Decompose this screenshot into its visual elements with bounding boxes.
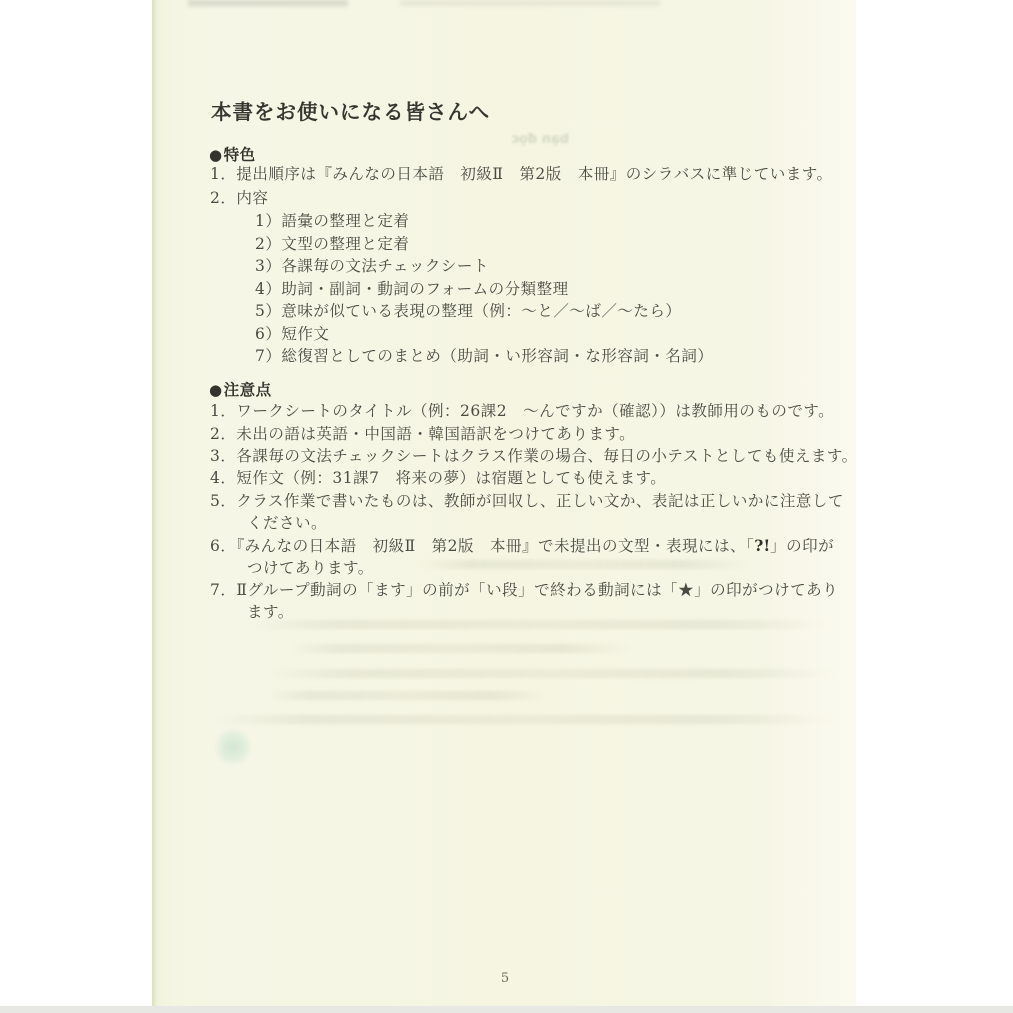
showthrough-ghost-text: bạn đọc — [437, 132, 569, 147]
features-subitem-7: 7）総復習としてのまとめ（助詞・い形容詞・な形容詞・名詞） — [255, 349, 713, 365]
showthrough-ghost-line — [268, 691, 548, 700]
features-subitem-2: 2）文型の整理と定着 — [255, 237, 409, 253]
page-title: 本書をお使いになる皆さんへ — [211, 102, 490, 123]
features-subitem-1: 1）語彙の整理と定着 — [255, 214, 409, 230]
features-item-2: 2．内容 — [210, 191, 268, 207]
features-subitem-4: 4）助詞・副詞・動詞のフォームの分類整理 — [255, 282, 569, 298]
notes-item-1: 1．ワークシートのタイトル（例：26課2 ～んですか（確認））は教師用のものです… — [210, 404, 834, 420]
notes-item-4: 4．短作文（例：31課7 将来の夢）は宿題としても使えます。 — [210, 471, 666, 487]
features-item-1: 1．提出順序は『みんなの日本語 初級Ⅱ 第2版 本冊』のシラバスに準じています。 — [210, 167, 833, 183]
scan-bottom-edge — [0, 1006, 1013, 1013]
scan-artifact-top — [188, 0, 348, 6]
notes-item-6-line-1: 6．『みんなの日本語 初級Ⅱ 第2版 本冊』で未提出の文型・表現には、「?!」の… — [210, 538, 834, 555]
scan-artifact-top — [400, 0, 660, 6]
notes-item-6-text: 」の印が — [770, 537, 834, 555]
scanned-book-page: { "page": { "title": "本書をお使いになる皆さんへ", "p… — [0, 0, 1013, 1013]
notes-item-2: 2．未出の語は英語・中国語・韓国語訳をつけてあります。 — [210, 427, 635, 443]
notes-item-6-line-2: つけてあります。 — [247, 561, 374, 577]
features-subitem-6: 6）短作文 — [255, 327, 329, 343]
unintroduced-pattern-mark: ?! — [754, 536, 770, 555]
notes-item-6-text: 6．『みんなの日本語 初級Ⅱ 第2版 本冊』で未提出の文型・表現には、「 — [210, 537, 754, 555]
section-heading-notes: ●注意点 — [209, 383, 272, 399]
bullet-icon: ● — [209, 146, 223, 164]
showthrough-ghost-line — [268, 669, 838, 678]
section-heading-label: 特色 — [224, 146, 256, 164]
showthrough-ghost-line — [250, 620, 830, 629]
showthrough-ghost-line — [420, 560, 750, 569]
showthrough-ghost-line — [290, 644, 630, 653]
features-subitem-3: 3）各課毎の文法チェックシート — [255, 259, 489, 275]
notes-item-7-line-2: ます。 — [247, 605, 294, 621]
section-heading-label: 注意点 — [224, 381, 272, 399]
notes-item-5-line-1: 5．クラス作業で書いたものは、教師が回収し、正しい文か、表記は正しいかに注意して — [210, 494, 844, 510]
page-number: 5 — [496, 971, 514, 986]
showthrough-ghost-line — [214, 715, 834, 724]
notes-item-5-line-2: ください。 — [247, 516, 327, 532]
features-subitem-5: 5）意味が似ている表現の整理（例：～と／～ば／～たら） — [255, 304, 681, 320]
bullet-icon: ● — [209, 381, 223, 399]
paper-left-edge-shadow — [152, 0, 157, 1013]
notes-item-7-line-1: 7．Ⅱグループ動詞の「ます」の前が「い段」で終わる動詞には「★」の印がつけてあり — [210, 583, 838, 599]
showthrough-blob — [216, 729, 250, 765]
section-heading-features: ●特色 — [209, 148, 256, 164]
notes-item-3: 3．各課毎の文法チェックシートはクラス作業の場合、毎日の小テストとしても使えます… — [210, 449, 858, 465]
